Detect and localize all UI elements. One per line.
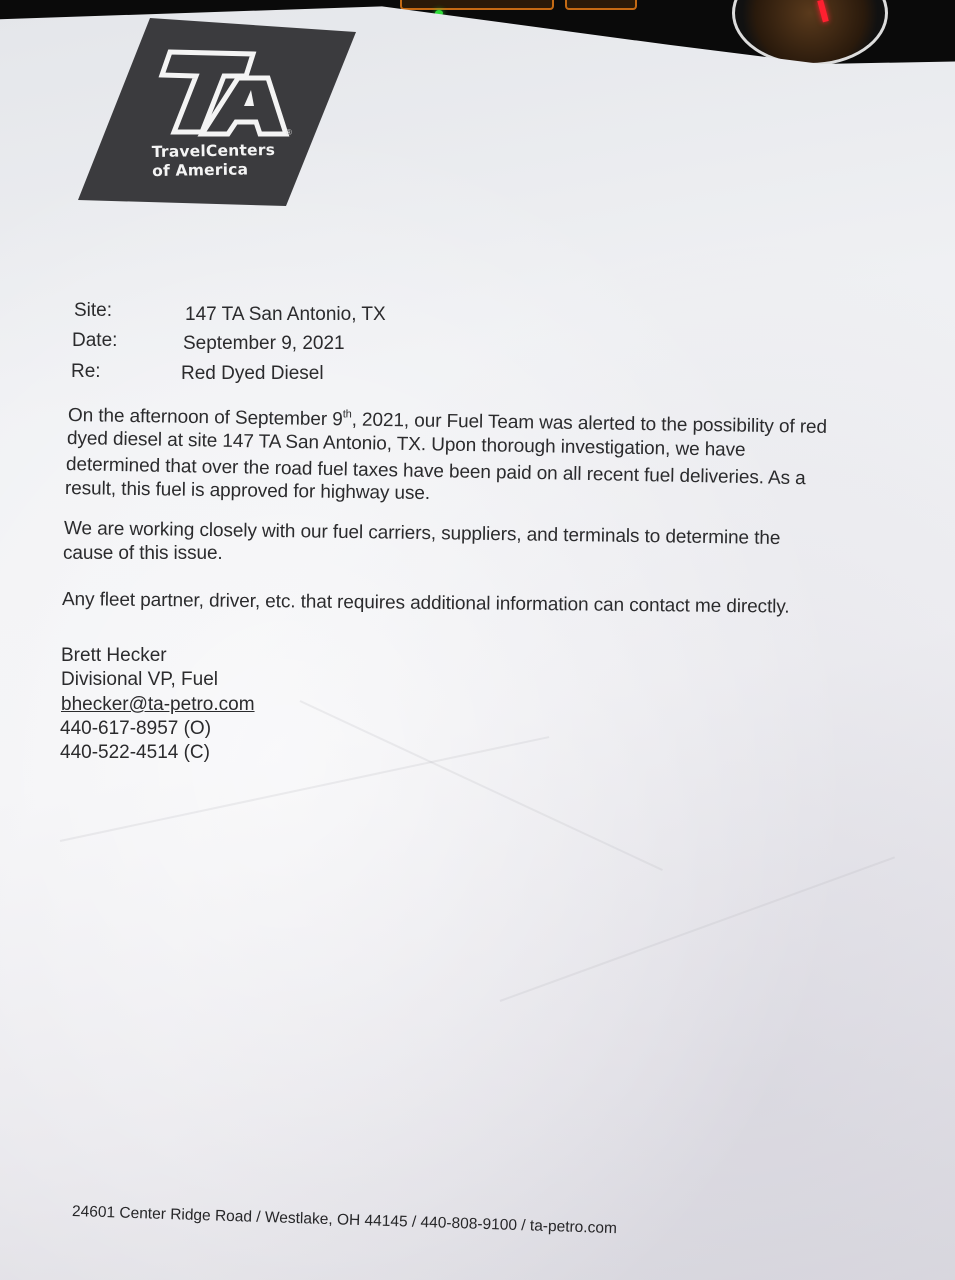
date-label: Date: (72, 330, 117, 352)
footer-address: 24601 Center Ridge Road / Westlake, OH 4… (72, 1203, 617, 1238)
dashboard-display-panel (400, 0, 554, 10)
company-name: TravelCenters of America (152, 141, 276, 181)
text-span: On the afternoon of September 9 (68, 405, 343, 430)
letter-paper: ® TravelCenters of America Site: 147 TA … (0, 0, 955, 1280)
superscript-th: th (343, 408, 352, 420)
signer-email-link[interactable]: bhecker@ta-petro.com (61, 694, 255, 716)
signer-title: Divisional VP, Fuel (61, 669, 218, 691)
company-name-line-2: of America (152, 160, 276, 181)
site-value: 147 TA San Antonio, TX (185, 304, 386, 326)
dashboard-display-panel-2 (565, 0, 637, 10)
signer-name: Brett Hecker (61, 645, 167, 667)
paragraph-3-line-1: Any fleet partner, driver, etc. that req… (62, 589, 790, 619)
paragraph-2-line-2: cause of this issue. (63, 543, 223, 565)
registered-mark: ® (286, 128, 292, 137)
paragraph-1-line-4: result, this fuel is approved for highwa… (65, 478, 430, 505)
signer-phone-cell: 440-522-4514 (C) (60, 742, 210, 764)
date-value: September 9, 2021 (183, 333, 345, 355)
signer-phone-office: 440-617-8957 (O) (60, 718, 211, 740)
re-value: Red Dyed Diesel (181, 363, 324, 385)
paper-crease (500, 856, 895, 1002)
site-label: Site: (74, 300, 112, 322)
paper-crease (300, 700, 663, 871)
re-label: Re: (71, 361, 101, 383)
company-name-line-1: TravelCenters (152, 141, 276, 162)
